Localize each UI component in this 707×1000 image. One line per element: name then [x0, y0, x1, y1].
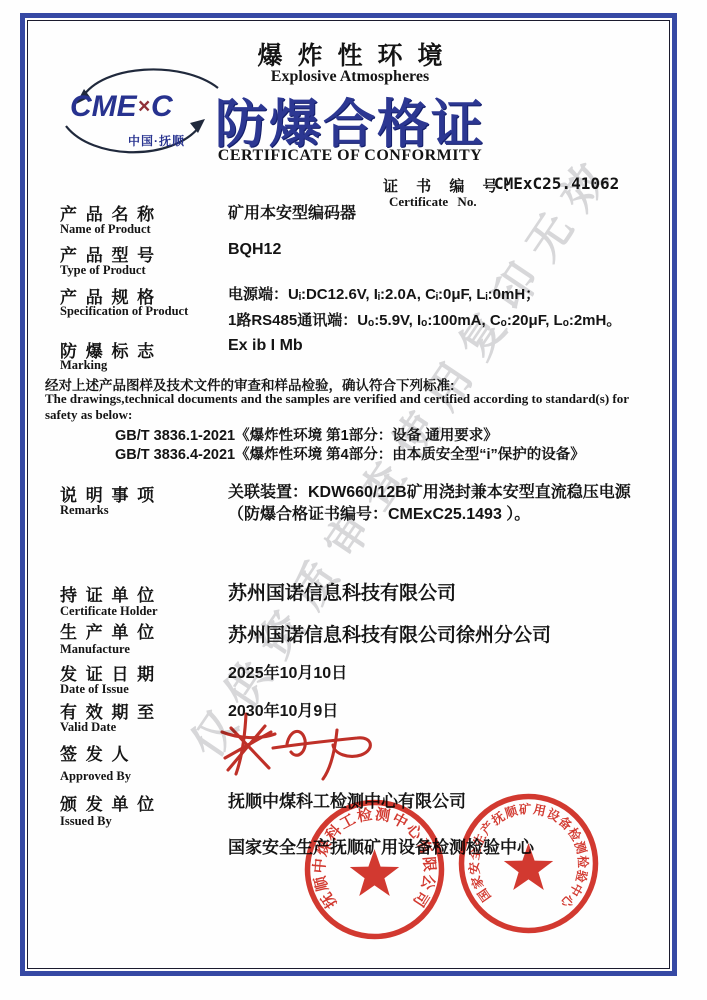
cert-no-value: CMExC25.41062 — [494, 174, 619, 193]
field-holder-value: 苏州国诺信息科技有限公司 — [228, 578, 456, 605]
field-remarks-line1: 关联装置：KDW660/12B矿用浇封兼本安型直流稳压电源 — [228, 479, 631, 502]
field-issuer-label-en: Issued By — [60, 814, 112, 829]
field-issue-date-value: 2025年10月10日 — [228, 660, 347, 683]
approver-signature — [215, 702, 385, 787]
field-product-type-label-en: Type of Product — [60, 263, 146, 278]
field-holder-label: 持 证 单 位 — [60, 581, 156, 606]
field-approver-label: 签 发 人 — [60, 740, 130, 765]
certificate-page: 仅供资质审查使用复印无效 CME×C 中国·抚顺 爆炸性环境 Explosive… — [0, 0, 707, 1000]
field-remarks-line2: （防爆合格证书编号：CMExC25.1493 ）。 — [228, 501, 530, 524]
certificate-title-cn: 防爆合格证 — [150, 82, 550, 157]
field-product-type-value: BQH12 — [228, 241, 281, 259]
field-holder-label-en: Certificate Holder — [60, 604, 158, 619]
cert-no-label-en: Certificate No. — [389, 194, 477, 210]
logo-x-mark: × — [137, 95, 151, 118]
field-product-spec-line2: 1路RS485通讯端：Uₒ:5.9V, Iₒ:100mA, Cₒ:20μF, L… — [228, 309, 621, 330]
field-issuer-label: 颁 发 单 位 — [60, 790, 156, 815]
field-product-spec-line1: 电源端：Uᵢ:DC12.6V, Iᵢ:2.0A, Cᵢ:0μF, Lᵢ:0mH； — [228, 283, 540, 304]
standards-item-1: GB/T 3836.1-2021《爆炸性环境 第1部分：设备 通用要求》 — [115, 424, 498, 445]
field-remarks-label-en: Remarks — [60, 503, 109, 518]
field-product-spec-label-en: Specification of Product — [60, 304, 188, 319]
field-marking-label-en: Marking — [60, 358, 107, 373]
standards-item-2: GB/T 3836.4-2021《爆炸性环境 第4部分：由本质安全型“i”保护的… — [115, 443, 585, 464]
field-product-name-label-en: Name of Product — [60, 222, 151, 237]
field-manufacture-label-en: Manufacture — [60, 642, 130, 657]
field-approver-label-en: Approved By — [60, 769, 131, 784]
logo-cme: CME — [70, 90, 137, 123]
official-seal-right: 国家安全生产抚顺矿用设备检测检验中心 — [456, 791, 601, 936]
field-issue-date-label-en: Date of Issue — [60, 682, 129, 697]
certificate-title-en: CERTIFICATE OF CONFORMITY — [150, 147, 550, 165]
field-product-name-value: 矿用本安型编码器 — [228, 200, 356, 223]
field-manufacture-value: 苏州国诺信息科技有限公司徐州分公司 — [228, 620, 551, 647]
official-seal-left: 抚顺中煤科工检测中心有限公司 — [302, 797, 447, 942]
field-valid-date-label-en: Valid Date — [60, 720, 116, 735]
field-manufacture-label: 生 产 单 位 — [60, 618, 156, 643]
field-marking-value: Ex ib I Mb — [228, 337, 303, 355]
standards-intro-en: The drawings,technical documents and the… — [45, 391, 645, 423]
title-explosive-atmospheres-cn: 爆炸性环境 — [160, 36, 540, 72]
